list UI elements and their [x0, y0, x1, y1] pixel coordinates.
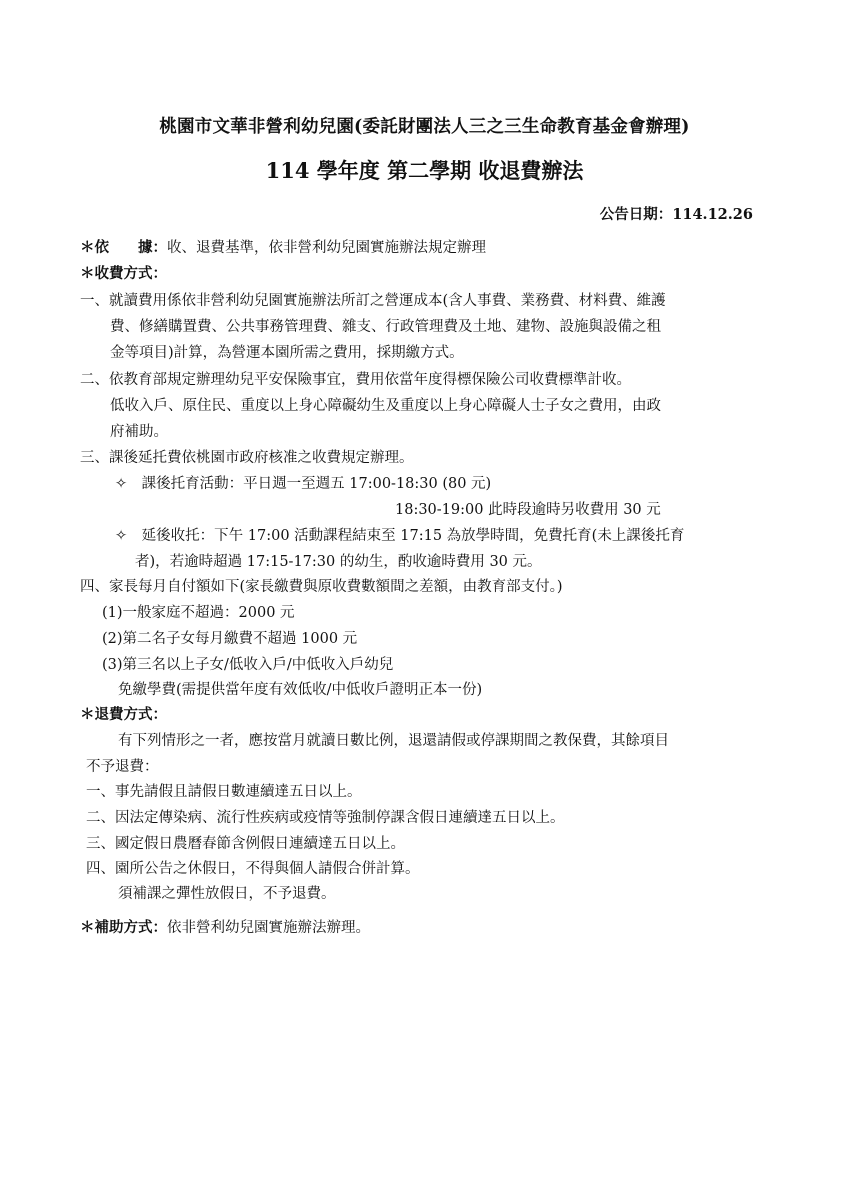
fee-line: 費、修繕購置費、公共事務管理費、雜支、行政管理費及土地、建物、設施與設備之租 [110, 320, 661, 335]
refund-line: 三、國定假日農曆春節含例假日連續達五日以上。 [86, 837, 405, 852]
document-page: 桃園市文華非營利幼兒園(委託財團法人三之三生命教育基金會辦理) 114 學年度 … [0, 0, 849, 1200]
notice-date: 公告日期：114.12.26 [600, 203, 753, 224]
fee-line: 四、家長每月自付額如下(家長繳費與原收費數額間之差額，由教育部支付。) [80, 580, 563, 595]
fee-line: 府補助。 [110, 425, 168, 440]
fee-collection-heading: ＊收費方式： [80, 267, 167, 282]
fee-line: (3)第三名以上子女/低收入戶/中低收入戶幼兒 [102, 658, 393, 673]
fee-line: (1)一般家庭不超過：2000 元 [102, 606, 295, 621]
fee-line: (2)第二名子女每月繳費不超過 1000 元 [102, 632, 357, 647]
fee-line: 免繳學費(需提供當年度有效低收/中低收戶證明正本一份) [118, 683, 482, 698]
fee-line: 18:30-19:00 此時段逾時另收費用 30 元 [395, 503, 661, 518]
subsidy-heading: ＊補助方式： [80, 919, 167, 936]
refund-line: 一、事先請假且請假日數連續達五日以上。 [86, 785, 362, 800]
refund-line: 二、因法定傳染病、流行性疾病或疫情等強制停課含假日連續達五日以上。 [86, 811, 565, 826]
refund-line: 四、園所公告之休假日，不得與個人請假合併計算。 [86, 862, 420, 877]
basis-heading: ＊依 據： [80, 239, 167, 256]
basis-text: 收、退費基準，依非營利幼兒園實施辦法規定辦理 [167, 240, 486, 256]
fee-line-bullet: ✧ 課後托育活動：平日週一至週五 17:00-18:30 (80 元) [115, 477, 491, 492]
notice-date-value: 114.12.26 [672, 206, 753, 223]
organization-title: 桃園市文華非營利幼兒園(委託財團法人三之三生命教育基金會辦理) [0, 113, 849, 138]
document-title: 114 學年度 第二學期 收退費辦法 [0, 155, 849, 185]
fee-line: 二、依教育部規定辦理幼兒平安保險事宜，費用依當年度得標保險公司收費標準計收。 [80, 373, 631, 388]
fee-line: 者)，若逾時超過 17:15-17:30 的幼生，酌收逾時費用 30 元。 [135, 555, 542, 570]
subsidy-section: ＊補助方式：依非營利幼兒園實施辦法辦理。 [80, 921, 370, 936]
fee-line: 金等項目)計算，為營運本園所需之費用，採期繳方式。 [110, 346, 464, 361]
basis-section: ＊依 據：收、退費基準，依非營利幼兒園實施辦法規定辦理 [80, 241, 486, 256]
fee-line: 一、就讀費用係依非營利幼兒園實施辦法所訂之營運成本(含人事費、業務費、材料費、維… [80, 294, 666, 309]
refund-heading: ＊退費方式： [80, 708, 167, 723]
notice-date-label: 公告日期： [600, 206, 673, 223]
fee-line: 三、課後延托費依桃園市政府核准之收費規定辦理。 [80, 451, 414, 466]
refund-line: 有下列情形之一者，應按當月就讀日數比例，退還請假或停課期間之教保費，其餘項目 [118, 734, 669, 749]
fee-line: 低收入戶、原住民、重度以上身心障礙幼生及重度以上身心障礙人士子女之費用，由政 [110, 399, 661, 414]
subsidy-text: 依非營利幼兒園實施辦法辦理。 [167, 920, 370, 936]
refund-line: 須補課之彈性放假日，不予退費。 [118, 887, 336, 902]
fee-line-bullet: ✧ 延後收托：下午 17:00 活動課程結束至 17:15 為放學時間，免費托育… [115, 529, 684, 544]
refund-line: 不予退費： [86, 760, 159, 775]
